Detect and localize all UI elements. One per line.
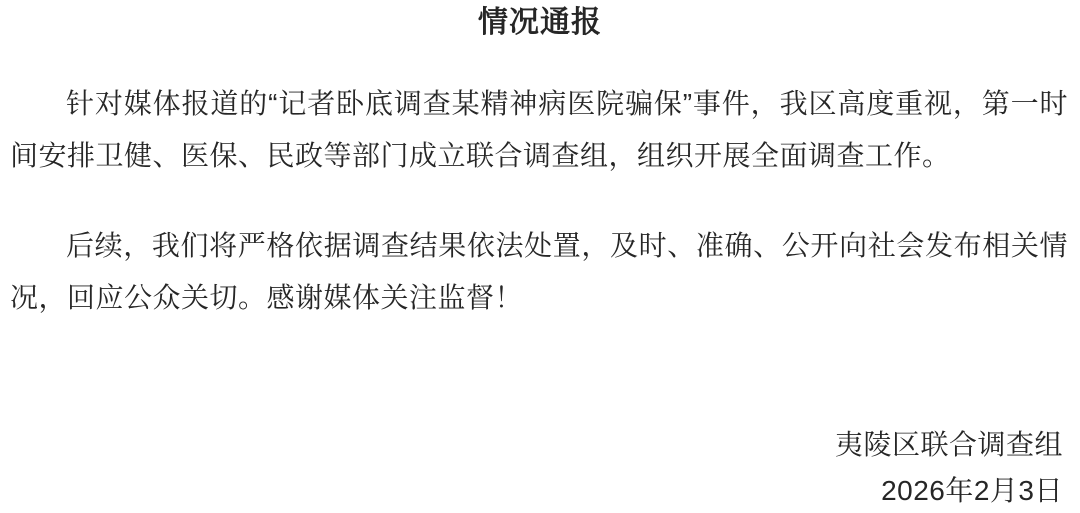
notice-body: 针对媒体报道的“记者卧底调查某精神病医院骗保”事件，我区高度重视，第一时间安排卫…	[0, 78, 1080, 324]
notice-date: 2026年2月3日	[835, 468, 1063, 513]
notice-paragraph-2: 后续，我们将严格依据调查结果依法处置，及时、准确、公开向社会发布相关情况，回应公…	[0, 220, 1080, 324]
signature-organization: 夷陵区联合调查组	[835, 422, 1063, 468]
page-title: 情况通报	[0, 3, 1080, 43]
notice-document: 情况通报 针对媒体报道的“记者卧底调查某精神病医院骗保”事件，我区高度重视，第一…	[0, 0, 1080, 513]
signature-block: 夷陵区联合调查组 2026年2月3日	[835, 422, 1063, 513]
notice-paragraph-1: 针对媒体报道的“记者卧底调查某精神病医院骗保”事件，我区高度重视，第一时间安排卫…	[0, 78, 1080, 182]
